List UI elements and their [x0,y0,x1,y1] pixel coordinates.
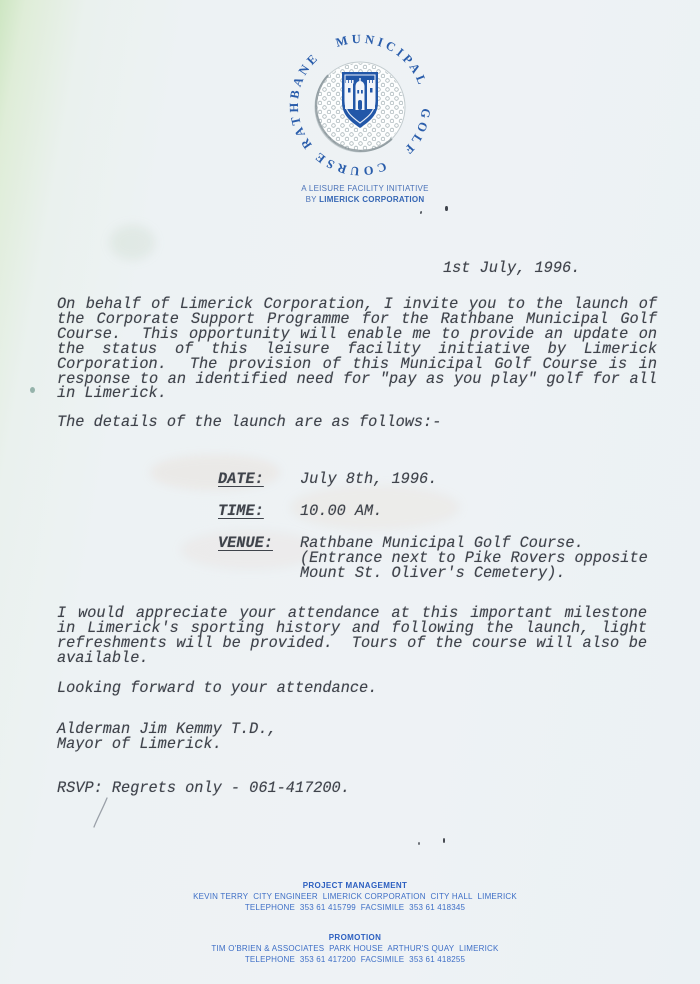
letter-details-intro: The details of the launch are as follows… [57,415,441,430]
letter-intro-paragraph: On behalf of Limerick Corporation, I inv… [57,297,657,401]
detail-label-time: TIME: [218,504,264,519]
paper-flaw-speck [30,387,35,393]
tagline-by: BY [306,195,320,204]
letter-attendance-paragraph: I would appreciate your attendance at th… [57,606,647,666]
golf-club-crest: RATHBANE MUNICIPAL GOLF COURSE [268,24,453,189]
scanned-letter-page: RATHBANE MUNICIPAL GOLF COURSE [0,0,700,984]
tagline-organisation: LIMERICK CORPORATION [319,195,424,204]
footer-promotion-line2: TELEPHONE 353 61 417200 FACSIMILE 353 61… [5,954,700,965]
detail-value-time: 10.00 AM. [300,504,382,519]
footer-promotion-line1: TIM O'BRIEN & ASSOCIATES PARK HOUSE ARTH… [5,943,700,954]
crest-tagline: A LEISURE FACILITY INITIATIVE BY LIMERIC… [265,184,465,205]
footer-promotion: PROMOTION TIM O'BRIEN & ASSOCIATES PARK … [5,932,700,965]
scan-smudge [110,225,155,260]
detail-label-date: DATE: [218,472,264,487]
ink-speck [420,211,422,214]
letter-closing-line: Looking forward to your attendance. [57,681,377,696]
tagline-line1: A LEISURE FACILITY INITIATIVE [265,184,465,195]
footer-project-line2: TELEPHONE 353 61 415799 FACSIMILE 353 61… [5,902,700,913]
detail-value-date: July 8th, 1996. [300,472,437,487]
tagline-line2: BY LIMERICK CORPORATION [265,195,465,206]
pen-scratch-mark [88,795,114,831]
footer-promotion-heading: PROMOTION [5,932,700,943]
letter-date: 1st July, 1996. [443,261,580,276]
ink-speck [443,838,445,843]
detail-label-venue: VENUE: [218,536,273,551]
ink-speck [445,206,448,211]
letter-rsvp: RSVP: Regrets only - 061-417200. [57,781,350,796]
letter-signature: Alderman Jim Kemmy T.D., Mayor of Limeri… [57,722,457,752]
footer-project-line1: KEVIN TERRY CITY ENGINEER LIMERICK CORPO… [5,891,700,902]
ink-speck [418,842,420,845]
detail-value-venue: Rathbane Municipal Golf Course. (Entranc… [300,536,680,581]
footer-project-management: PROJECT MANAGEMENT KEVIN TERRY CITY ENGI… [5,880,700,913]
footer-project-heading: PROJECT MANAGEMENT [5,880,700,891]
